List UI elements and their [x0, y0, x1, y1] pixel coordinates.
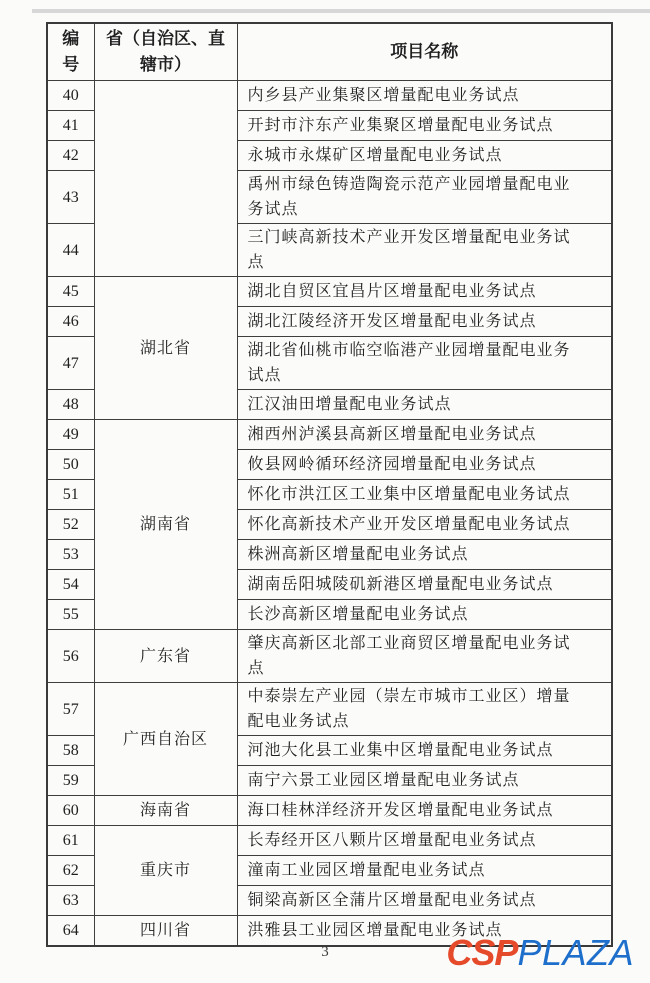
- project-name-cell: 河池大化县工业集中区增量配电业务试点: [237, 736, 612, 766]
- row-number-cell: 53: [47, 540, 94, 570]
- row-number-cell: 55: [47, 600, 94, 630]
- province-cell: 四川省: [94, 916, 237, 947]
- row-number-cell: 58: [47, 736, 94, 766]
- row-number-cell: 48: [47, 390, 94, 420]
- previous-row-edge-line: [32, 9, 650, 13]
- header-number: 编号: [47, 23, 94, 81]
- project-name-cell: 怀化市洪江区工业集中区增量配电业务试点: [237, 480, 612, 510]
- table-row: 40内乡县产业集聚区增量配电业务试点: [47, 81, 612, 111]
- document-page: 编号 省（自治区、直辖市） 项目名称 40内乡县产业集聚区增量配电业务试点41开…: [0, 0, 650, 983]
- project-name-cell: 湖北江陵经济开发区增量配电业务试点: [237, 307, 612, 337]
- table-row: 49湖南省湘西州泸溪县高新区增量配电业务试点: [47, 420, 612, 450]
- project-name-cell: 湖北省仙桃市临空临港产业园增量配电业务试点: [237, 337, 612, 390]
- project-name-cell: 三门峡高新技术产业开发区增量配电业务试点: [237, 224, 612, 277]
- row-number-cell: 52: [47, 510, 94, 540]
- row-number-cell: 40: [47, 81, 94, 111]
- project-name-cell: 中泰崇左产业园（崇左市城市工业区）增量配电业务试点: [237, 683, 612, 736]
- table-row: 57广西自治区中泰崇左产业园（崇左市城市工业区）增量配电业务试点: [47, 683, 612, 736]
- row-number-cell: 50: [47, 450, 94, 480]
- project-name-cell: 江汉油田增量配电业务试点: [237, 390, 612, 420]
- project-name-cell: 肇庆高新区北部工业商贸区增量配电业务试点: [237, 630, 612, 683]
- project-name-cell: 长沙高新区增量配电业务试点: [237, 600, 612, 630]
- row-number-cell: 45: [47, 277, 94, 307]
- row-number-cell: 49: [47, 420, 94, 450]
- table-header: 编号 省（自治区、直辖市） 项目名称: [47, 23, 612, 81]
- row-number-cell: 64: [47, 916, 94, 947]
- project-name-cell: 湖南岳阳城陵矶新港区增量配电业务试点: [237, 570, 612, 600]
- table-row: 61重庆市长寿经开区八颗片区增量配电业务试点: [47, 826, 612, 856]
- table-row: 60海南省海口桂林洋经济开发区增量配电业务试点: [47, 796, 612, 826]
- row-number-cell: 42: [47, 141, 94, 171]
- header-row: 编号 省（自治区、直辖市） 项目名称: [47, 23, 612, 81]
- project-name-cell: 南宁六景工业园区增量配电业务试点: [237, 766, 612, 796]
- table-body: 40内乡县产业集聚区增量配电业务试点41开封市汴东产业集聚区增量配电业务试点42…: [47, 81, 612, 947]
- row-number-cell: 62: [47, 856, 94, 886]
- project-name-cell: 株洲高新区增量配电业务试点: [237, 540, 612, 570]
- province-cell: 湖南省: [94, 420, 237, 630]
- table-row: 56广东省肇庆高新区北部工业商贸区增量配电业务试点: [47, 630, 612, 683]
- row-number-cell: 57: [47, 683, 94, 736]
- province-cell: 湖北省: [94, 277, 237, 420]
- header-province: 省（自治区、直辖市）: [94, 23, 237, 81]
- projects-table: 编号 省（自治区、直辖市） 项目名称 40内乡县产业集聚区增量配电业务试点41开…: [46, 22, 613, 947]
- province-cell: [94, 81, 237, 277]
- logo-plaza-text: PLAZA: [517, 932, 634, 973]
- table-row: 45湖北省湖北自贸区宜昌片区增量配电业务试点: [47, 277, 612, 307]
- row-number-cell: 51: [47, 480, 94, 510]
- csp-plaza-logo: CSPPLAZA: [446, 934, 634, 972]
- row-number-cell: 59: [47, 766, 94, 796]
- row-number-cell: 46: [47, 307, 94, 337]
- project-name-cell: 潼南工业园区增量配电业务试点: [237, 856, 612, 886]
- row-number-cell: 61: [47, 826, 94, 856]
- province-cell: 海南省: [94, 796, 237, 826]
- header-project: 项目名称: [237, 23, 612, 81]
- project-name-cell: 长寿经开区八颗片区增量配电业务试点: [237, 826, 612, 856]
- project-name-cell: 湖北自贸区宜昌片区增量配电业务试点: [237, 277, 612, 307]
- project-name-cell: 攸县网岭循环经济园增量配电业务试点: [237, 450, 612, 480]
- project-name-cell: 怀化高新技术产业开发区增量配电业务试点: [237, 510, 612, 540]
- row-number-cell: 43: [47, 171, 94, 224]
- province-cell: 重庆市: [94, 826, 237, 916]
- row-number-cell: 60: [47, 796, 94, 826]
- project-name-cell: 内乡县产业集聚区增量配电业务试点: [237, 81, 612, 111]
- row-number-cell: 54: [47, 570, 94, 600]
- row-number-cell: 47: [47, 337, 94, 390]
- row-number-cell: 41: [47, 111, 94, 141]
- province-cell: 广东省: [94, 630, 237, 683]
- project-name-cell: 海口桂林洋经济开发区增量配电业务试点: [237, 796, 612, 826]
- row-number-cell: 56: [47, 630, 94, 683]
- project-name-cell: 湘西州泸溪县高新区增量配电业务试点: [237, 420, 612, 450]
- province-cell: 广西自治区: [94, 683, 237, 796]
- project-name-cell: 禹州市绿色铸造陶瓷示范产业园增量配电业务试点: [237, 171, 612, 224]
- logo-csp-text: CSP: [446, 932, 517, 973]
- row-number-cell: 63: [47, 886, 94, 916]
- project-name-cell: 永城市永煤矿区增量配电业务试点: [237, 141, 612, 171]
- row-number-cell: 44: [47, 224, 94, 277]
- project-name-cell: 铜梁高新区全蒲片区增量配电业务试点: [237, 886, 612, 916]
- project-name-cell: 开封市汴东产业集聚区增量配电业务试点: [237, 111, 612, 141]
